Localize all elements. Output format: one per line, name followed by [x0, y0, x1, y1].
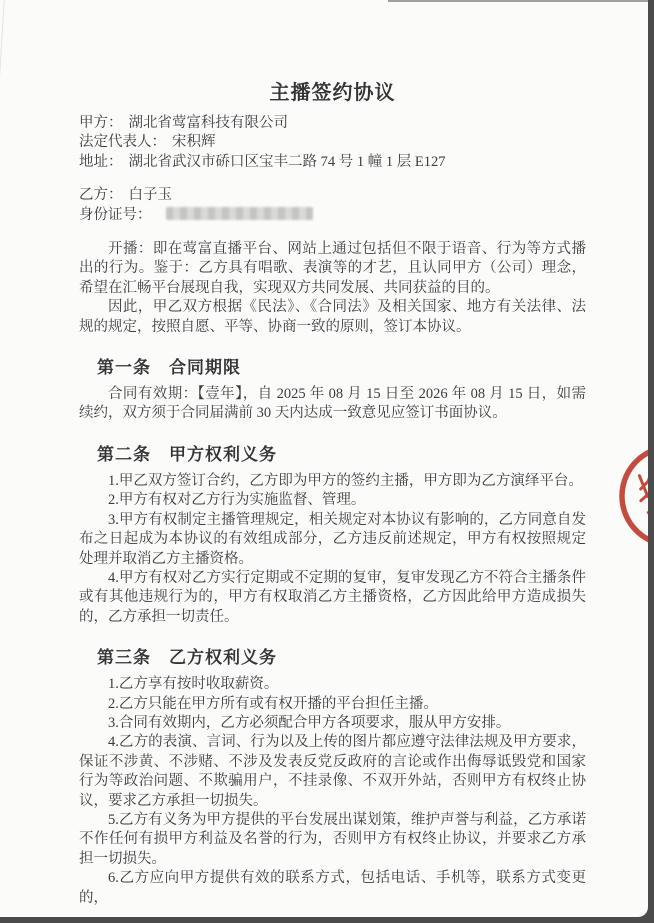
section-2-heading: 第二条 甲方权利义务 [97, 440, 586, 465]
party-b-label: 乙方： [79, 187, 123, 203]
address-line: 地址：湖北省武汉市硚口区宝丰二路 74 号 1 幢 1 层 E127 [79, 153, 586, 172]
official-seal [615, 440, 648, 552]
party-a-line: 甲方：湖北省莺富科技有限公司 [79, 114, 586, 133]
legal-rep-label: 法定代表人： [79, 134, 166, 150]
contract-item: 2.乙方只能在甲方所有或有权开播的平台担任主播。 [79, 695, 586, 714]
section-1: 第一条 合同期限 合同有效期：【壹年】，自 2025 年 08 月 15 日至 … [79, 353, 586, 424]
contract-paragraph: 合同有效期：【壹年】，自 2025 年 08 月 15 日至 2026 年 08… [79, 385, 586, 424]
party-a-value: 湖北省莺富科技有限公司 [129, 115, 289, 131]
id-number-redacted [166, 207, 313, 220]
preamble-paragraph: 因此，甲乙双方根据《民法》、《合同法》及相关国家、地方有关法律、法规的规定，按照… [79, 298, 586, 337]
contract-item: 1.乙方享有按时收取薪资。 [79, 675, 586, 694]
contract-item: 2.甲方有权对乙方行为实施监督、管理。 [79, 491, 586, 510]
party-a-label: 甲方： [79, 115, 123, 131]
preamble-paragraph: 开播：即在莺富直播平台、网站上通过包括但不限于语音、行为等方式播出的行为。鉴于：… [79, 240, 586, 298]
contract-item: 6.乙方应向甲方提供有效的联系方式，包括电话、手机等，联系方式变更的， [79, 869, 586, 908]
contract-item: 5.乙方有义务为甲方提供的平台发展出谋划策，维护声誉与利益，乙方承诺不作任何有损… [79, 811, 586, 869]
section-2: 第二条 甲方权利义务 1.甲乙双方签订合约，乙方即为甲方的签约主播，甲方即为乙方… [79, 440, 586, 627]
section-3: 第三条 乙方权利义务 1.乙方享有按时收取薪资。 2.乙方只能在甲方所有或有权开… [79, 643, 586, 908]
contract-item: 4.乙方的表演、言词、行为以及上传的图片都应遵守法律法规及甲方要求，保证不涉黄、… [79, 733, 586, 811]
legal-rep-line: 法定代表人：宋积辉 [79, 133, 586, 152]
section-1-heading: 第一条 合同期限 [97, 353, 586, 378]
contract-item: 3.甲方有权制定主播管理规定，相关规定对本协议有影响的，乙方同意自发布之日起成为… [79, 511, 586, 569]
legal-rep-value: 宋积辉 [172, 134, 216, 150]
scan-crease-left [0, 0, 5, 211]
parties-block: 甲方：湖北省莺富科技有限公司 法定代表人：宋积辉 地址：湖北省武汉市硚口区宝丰二… [79, 114, 586, 225]
party-b-block: 乙方：白子玉 身份证号： [79, 186, 586, 225]
page-title: 主播签约协议 [79, 76, 586, 105]
party-b-line: 乙方：白子玉 [79, 186, 586, 205]
contract-item: 4.甲方有权对乙方实行定期或不定期的复审，复审发现乙方不符合主播条件或有其他违规… [79, 569, 586, 627]
page-content: 主播签约协议 甲方：湖北省莺富科技有限公司 法定代表人：宋积辉 地址：湖北省武汉… [79, 0, 586, 908]
document-page: 主播签约协议 甲方：湖北省莺富科技有限公司 法定代表人：宋积辉 地址：湖北省武汉… [0, 0, 648, 917]
preamble-block: 开播：即在莺富直播平台、网站上通过包括但不限于语音、行为等方式播出的行为。鉴于：… [79, 240, 586, 337]
contract-item: 1.甲乙双方签订合约，乙方即为甲方的签约主播，甲方即为乙方演绎平台。 [79, 472, 586, 491]
section-3-heading: 第三条 乙方权利义务 [97, 643, 586, 668]
address-label: 地址： [79, 154, 123, 170]
official-seal-icon [594, 419, 648, 573]
party-b-value: 白子玉 [129, 187, 173, 203]
id-number-label: 身份证号： [79, 207, 152, 223]
contract-item: 3.合同有效期内，乙方必须配合甲方各项要求，服从甲方安排。 [79, 714, 586, 733]
id-number-line: 身份证号： [79, 206, 586, 225]
address-value: 湖北省武汉市硚口区宝丰二路 74 号 1 幢 1 层 E127 [129, 154, 446, 170]
